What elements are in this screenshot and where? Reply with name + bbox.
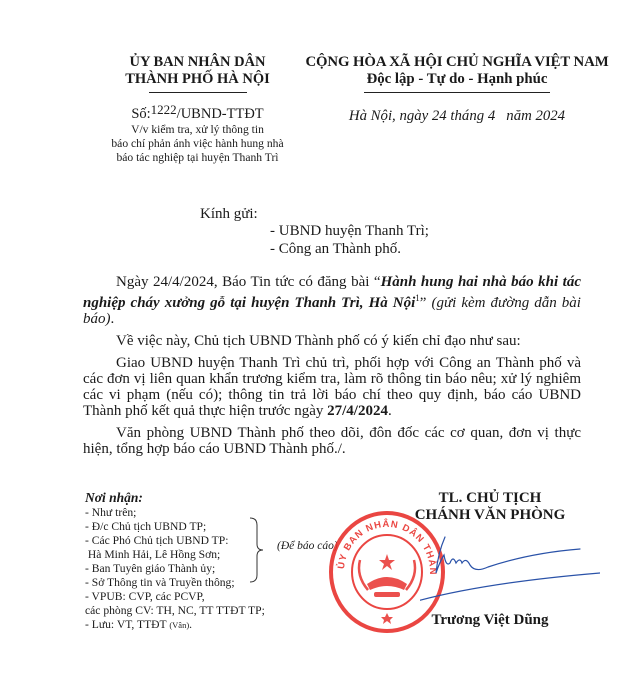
issuing-authority-block: ỦY BAN NHÂN DÂN THÀNH PHỐ HÀ NỘI Số:1222… (85, 54, 310, 165)
text: - Lưu: VT, TTĐT (85, 618, 169, 631)
recipient-item: - UBND huyện Thanh Trì; (270, 222, 429, 240)
text: . (388, 403, 392, 419)
text: ” (420, 295, 432, 311)
divider (364, 92, 550, 93)
distribution-item: - VPUB: CVP, các PCVP, (85, 590, 295, 604)
text: . (111, 311, 115, 327)
text: (Vân) (169, 620, 189, 630)
subject-line: V/v kiểm tra, xử lý thông tin (85, 123, 310, 137)
handwritten-signature (420, 533, 600, 608)
org-name-line2: THÀNH PHỐ HÀ NỘI (85, 71, 310, 88)
recipient-item: - Công an Thành phố. (270, 240, 429, 258)
org-name-line1: ỦY BAN NHÂN DÂN (85, 54, 310, 71)
deadline-date: 27/4/2024 (327, 403, 388, 419)
document-body: Ngày 24/4/2024, Báo Tin tức có đăng bài … (83, 274, 581, 463)
text: . (189, 618, 192, 631)
document-number: Số:1222/UBND-TTĐT (85, 101, 310, 123)
nation-title: CỘNG HÒA XÃ HỘI CHỦ NGHĨA VIỆT NAM (292, 54, 622, 71)
divider (149, 92, 247, 93)
number-value: 1222 (151, 102, 177, 117)
recipients-list: - UBND huyện Thanh Trì; - Công an Thành … (270, 222, 429, 258)
body-paragraph: Về việc này, Chủ tịch UBND Thành phố có … (83, 333, 581, 349)
national-header-block: CỘNG HÒA XÃ HỘI CHỦ NGHĨA VIỆT NAM Độc l… (292, 54, 622, 125)
body-paragraph: Giao UBND huyện Thanh Trì chủ trì, phối … (83, 355, 581, 419)
distribution-label: Nơi nhận: (85, 490, 295, 506)
subject-line: báo tác nghiệp tại huyện Thanh Trì (85, 151, 310, 165)
body-paragraph: Văn phòng UBND Thành phố theo dõi, đôn đ… (83, 425, 581, 457)
brace-icon (248, 517, 266, 583)
national-motto: Độc lập - Tự do - Hạnh phúc (292, 71, 622, 88)
distribution-item: các phòng CV: TH, NC, TT TTĐT TP; (85, 604, 295, 618)
body-paragraph: Ngày 24/4/2024, Báo Tin tức có đăng bài … (83, 274, 581, 327)
signatory-name: Trương Việt Dũng (405, 612, 575, 629)
text: Ngày 24/4/2024, Báo Tin tức có đăng bài … (116, 274, 381, 290)
signatory-authority: TL. CHỦ TỊCH (405, 490, 575, 507)
number-prefix: Số: (131, 106, 150, 122)
number-suffix: /UBND-TTĐT (177, 106, 264, 122)
issue-date: Hà Nội, ngày 24 tháng 4 năm 2024 (292, 107, 622, 125)
distribution-item: - Lưu: VT, TTĐT (Vân). (85, 618, 295, 632)
subject-line: báo chí phản ánh việc hành hung nhà (85, 137, 310, 151)
recipients-label: Kính gửi: (200, 206, 258, 223)
